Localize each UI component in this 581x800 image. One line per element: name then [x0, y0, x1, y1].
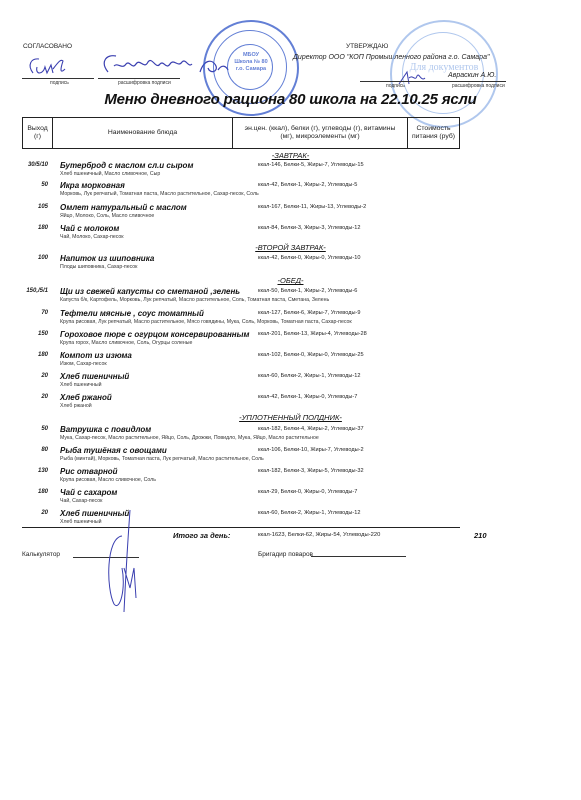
- item-nutrition: ккал-106, Белки-10, Жиры-7, Углеводы-2: [258, 447, 364, 453]
- menu-item: 180 Чай с молоком ккал-84, Белки-3, Жиры…: [0, 224, 581, 244]
- item-name: Хлеб ржаной: [60, 393, 112, 402]
- item-name: Икра морковная: [60, 181, 125, 190]
- item-name: Гороховое пюре с огурцом консервированны…: [60, 330, 249, 339]
- menu-item: 20 Хлеб ржаной ккал-42, Белки-1, Жиры-0,…: [0, 393, 581, 413]
- item-nutrition: ккал-42, Белки-1, Жиры-2, Углеводы-5: [258, 182, 357, 188]
- item-ingredients: Плоды шиповника, Сахар-песок: [60, 264, 137, 270]
- menu-item: 20 Хлеб пшеничный ккал-60, Белки-2, Жиры…: [0, 509, 581, 529]
- menu-item: 30/5/10 Бутерброд с маслом сл.и сыром кк…: [0, 161, 581, 181]
- item-ingredients: Морковь, Лук репчатый, Томатная паста, М…: [60, 191, 259, 197]
- item-yield: 50: [22, 182, 48, 188]
- signature-line-left: [22, 78, 94, 79]
- item-ingredients: Крупа горох, Масло сливочное, Соль, Огур…: [60, 340, 192, 346]
- item-ingredients: Яйцо, Молоко, Соль, Масло сливочное: [60, 213, 154, 219]
- section-title-lunch: -ОБЕД-: [0, 276, 581, 285]
- item-yield: 105: [22, 204, 48, 210]
- item-yield: 30/5/10: [22, 162, 48, 168]
- item-ingredients: Капуста б/к, Картофель, Морковь, Лук реп…: [60, 297, 329, 303]
- signature-left-1: [25, 55, 75, 79]
- column-header-cost: Стоимость питания (руб): [408, 118, 459, 148]
- item-ingredients: Рыба (минтай), Морковь, Томатная паста, …: [60, 456, 264, 462]
- item-yield: 180: [22, 352, 48, 358]
- section-title-breakfast: -ЗАВТРАК-: [0, 151, 581, 160]
- item-nutrition: ккал-42, Белки-0, Жиры-0, Углеводы-10: [258, 255, 360, 261]
- item-nutrition: ккал-201, Белки-13, Жиры-4, Углеводы-28: [258, 331, 367, 337]
- section-title-second-breakfast: -ВТОРОЙ ЗАВТРАК-: [0, 243, 581, 252]
- decoding-line-right: [446, 81, 506, 82]
- item-yield: 180: [22, 489, 48, 495]
- item-yield: 180: [22, 225, 48, 231]
- item-name: Тефтели мясные , соус томатный: [60, 309, 204, 318]
- item-ingredients: Хлеб пшеничный: [60, 519, 102, 525]
- item-ingredients: Хлеб пшеничный: [60, 382, 102, 388]
- item-nutrition: ккал-29, Белки-0, Жиры-0, Углеводы-7: [258, 489, 357, 495]
- calculator-label: Калькулятор: [22, 551, 60, 558]
- stamp-line-3: г.о. Самара: [205, 66, 297, 73]
- stamp-line-2: Школа № 80: [205, 59, 297, 66]
- item-ingredients: Хлеб пшеничный, Масло сливочное, Сыр: [60, 171, 160, 177]
- signature-line-right: [360, 81, 452, 82]
- item-name: Хлеб пшеничный: [60, 372, 129, 381]
- menu-item: 130 Рис отварной ккал-182, Белки-3, Жиры…: [0, 467, 581, 487]
- item-name: Чай с сахаром: [60, 488, 117, 497]
- totals-nutrition: ккал-1623, Белки-62, Жиры-54, Углеводы-2…: [258, 532, 380, 538]
- menu-item: 150,/5/1 Щи из свежей капусты со сметано…: [0, 287, 581, 307]
- menu-item: 50 Ватрушка с повидлом ккал-182, Белки-4…: [0, 425, 581, 445]
- item-ingredients: Крупа рисовая, Масло сливочное, Соль: [60, 477, 156, 483]
- item-yield: 70: [22, 310, 48, 316]
- item-name: Бутерброд с маслом сл.и сыром: [60, 161, 193, 170]
- item-yield: 150: [22, 331, 48, 337]
- item-nutrition: ккал-102, Белки-0, Жиры-0, Углеводы-25: [258, 352, 364, 358]
- page-title: Меню дневного рациона 80 школа на 22.10.…: [0, 91, 581, 108]
- signature-caption-left: подпись: [50, 80, 69, 86]
- item-yield: 20: [22, 373, 48, 379]
- item-name: Ватрушка с повидлом: [60, 425, 151, 434]
- menu-item: 20 Хлеб пшеничный ккал-60, Белки-2, Жиры…: [0, 372, 581, 392]
- menu-item: 70 Тефтели мясные , соус томатный ккал-1…: [0, 309, 581, 329]
- menu-item: 105 Омлет натуральный с маслом ккал-167,…: [0, 203, 581, 223]
- decoding-caption-right: расшифровка подписи: [452, 83, 505, 89]
- item-ingredients: Чай, Сахар-песок: [60, 498, 102, 504]
- item-yield: 80: [22, 447, 48, 453]
- column-header-dish: Наименование блюда: [53, 118, 233, 148]
- item-nutrition: ккал-182, Белки-4, Жиры-2, Углеводы-37: [258, 426, 364, 432]
- agreed-label: СОГЛАСОВАНО: [23, 43, 72, 50]
- menu-item: 80 Рыба тушёная с овощами ккал-106, Белк…: [0, 446, 581, 466]
- item-nutrition: ккал-146, Белки-5, Жиры-7, Углеводы-15: [258, 162, 364, 168]
- menu-item: 100 Напиток из шиповника ккал-42, Белки-…: [0, 254, 581, 274]
- item-name: Рыба тушёная с овощами: [60, 446, 167, 455]
- stamp-line-1: МБОУ: [205, 52, 297, 59]
- item-yield: 100: [22, 255, 48, 261]
- item-nutrition: ккал-50, Белки-1, Жиры-2, Углеводы-6: [258, 288, 357, 294]
- item-nutrition: ккал-84, Белки-3, Жиры-3, Углеводы-12: [258, 225, 360, 231]
- item-ingredients: Крупа рисовая, Лук репчатый, Масло расти…: [60, 319, 352, 325]
- item-name: Компот из изюма: [60, 351, 132, 360]
- menu-item: 180 Компот из изюма ккал-102, Белки-0, Ж…: [0, 351, 581, 371]
- item-name: Напиток из шиповника: [60, 254, 154, 263]
- item-nutrition: ккал-167, Белки-11, Жиры-13, Углеводы-2: [258, 204, 366, 210]
- menu-item: 150 Гороховое пюре с огурцом консервиров…: [0, 330, 581, 350]
- item-yield: 20: [22, 394, 48, 400]
- item-ingredients: Чай, Молоко, Сахар-песок: [60, 234, 124, 240]
- item-yield: 130: [22, 468, 48, 474]
- item-ingredients: Мука, Сахар-песок, Масло растительное, Я…: [60, 435, 319, 441]
- item-name: Рис отварной: [60, 467, 118, 476]
- item-yield: 150,/5/1: [22, 288, 48, 294]
- item-yield: 50: [22, 426, 48, 432]
- section-title-afternoon-snack: -УПЛОТНЕННЫЙ ПОЛДНИК-: [0, 413, 581, 422]
- item-name: Щи из свежей капусты со сметаной ,зелень: [60, 287, 240, 296]
- chef-signature-line: [311, 556, 406, 557]
- item-nutrition: ккал-60, Белки-2, Жиры-1, Углеводы-12: [258, 510, 360, 516]
- item-nutrition: ккал-182, Белки-3, Жиры-5, Углеводы-32: [258, 468, 364, 474]
- decoding-caption-left: расшифровка подписи: [118, 80, 171, 86]
- totals-label: Итого за день:: [173, 531, 230, 540]
- totals-cost: 210: [474, 531, 487, 540]
- item-name: Омлет натуральный с маслом: [60, 203, 187, 212]
- column-header-yield: Выход (г): [23, 118, 53, 148]
- menu-item: 180 Чай с сахаром ккал-29, Белки-0, Жиры…: [0, 488, 581, 508]
- item-nutrition: ккал-127, Белки-6, Жиры-7, Углеводы-9: [258, 310, 360, 316]
- approve-label: УТВЕРЖДАЮ: [346, 43, 388, 50]
- chef-label: Бригадир поваров: [258, 551, 313, 558]
- item-nutrition: ккал-60, Белки-2, Жиры-1, Углеводы-12: [258, 373, 360, 379]
- table-header: Выход (г) Наименование блюда эн.цен. (кк…: [22, 117, 460, 149]
- decoding-line-left: [98, 78, 180, 79]
- item-yield: 20: [22, 510, 48, 516]
- column-header-nutrition: эн.цен. (ккал), белки (г), углеводы (г),…: [233, 118, 408, 148]
- item-name: Чай с молоком: [60, 224, 119, 233]
- item-ingredients: Изюм, Сахар-песок: [60, 361, 107, 367]
- item-nutrition: ккал-42, Белки-1, Жиры-0, Углеводы-7: [258, 394, 357, 400]
- calculator-signature: [100, 508, 146, 618]
- totals-divider: [22, 527, 460, 528]
- signature-caption-right: подпись: [386, 83, 405, 89]
- item-ingredients: Хлеб ржаной: [60, 403, 92, 409]
- menu-item: 50 Икра морковная ккал-42, Белки-1, Жиры…: [0, 181, 581, 201]
- director-name: Авраскин А.Ю.: [448, 72, 496, 79]
